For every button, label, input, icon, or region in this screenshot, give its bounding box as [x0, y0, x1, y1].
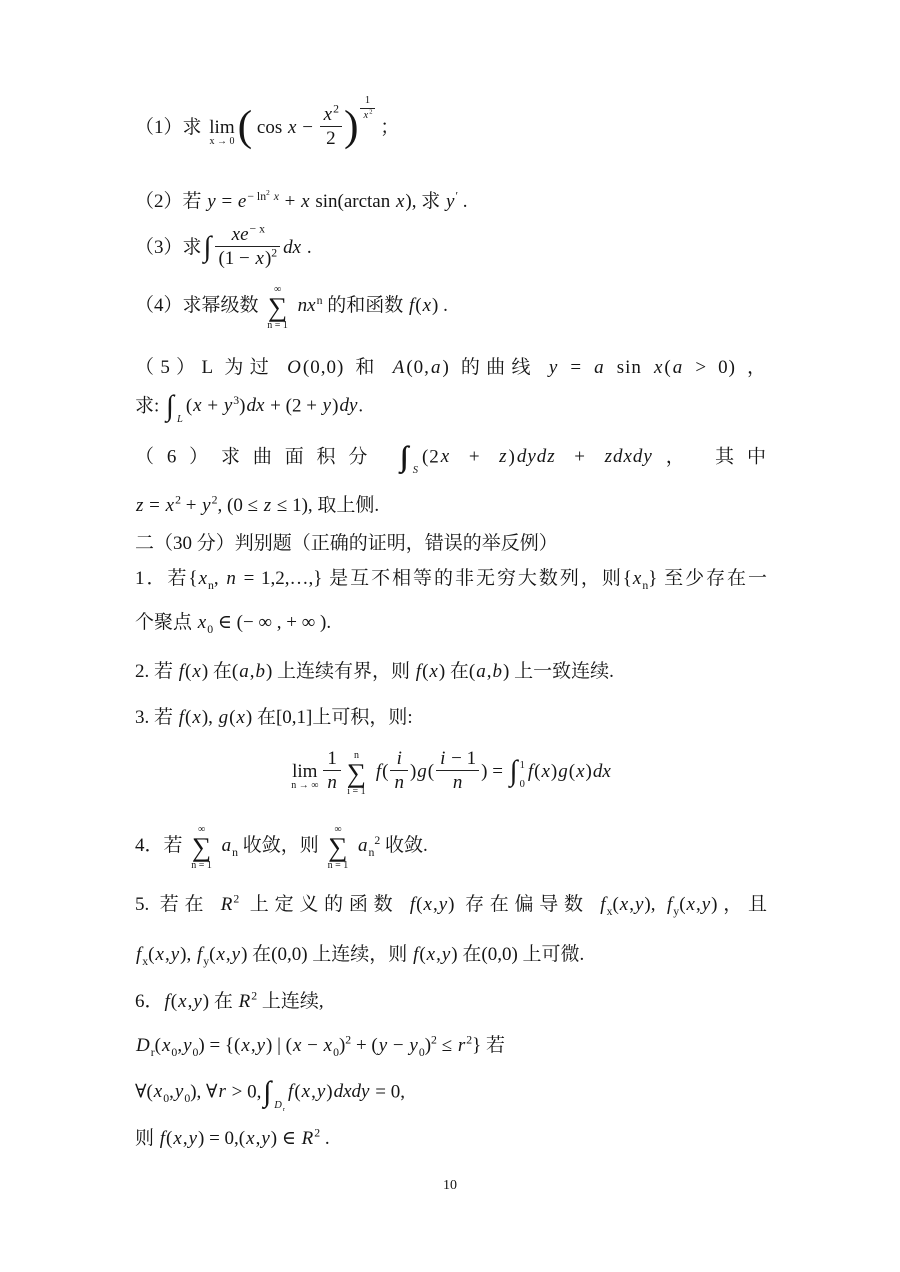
integral-lower-limit: S — [412, 466, 420, 477]
big-paren-icon: ) — [344, 102, 359, 150]
text-run: 个聚点 — [135, 612, 197, 633]
big-paren-icon: ( — [238, 102, 253, 150]
math-variable: O — [286, 357, 303, 378]
text-run: ( — [294, 1081, 300, 1102]
subscript: n — [368, 846, 374, 859]
sigma-symbol: ∑ — [192, 835, 211, 861]
math-variable: y — [223, 395, 233, 416]
text-run: ) = — [481, 761, 508, 782]
text-run: 二（30 分）判别题（正确的证明，错误的举反例） — [135, 533, 558, 554]
sigma-symbol: ∑ — [347, 761, 366, 787]
text-run: ( — [415, 295, 421, 316]
sum-lower-limit: i = 1 — [347, 787, 365, 797]
text-run: ∈ (− ∞ , + ∞ ). — [213, 612, 331, 633]
text-run: 上连续, — [257, 991, 324, 1012]
text-run: ) — [509, 446, 516, 467]
math-variable: z — [135, 495, 144, 516]
math-variable: a — [238, 661, 250, 682]
text-run: cos — [252, 117, 287, 138]
math-variable: xe — [231, 224, 250, 245]
superscript: − ln2 x — [247, 190, 280, 203]
text-run: ) | ( — [266, 1035, 292, 1056]
text-run: ) = {( — [198, 1035, 240, 1056]
text-run: , — [487, 661, 492, 682]
lim-word: lim — [292, 762, 317, 781]
math-variable: n — [326, 772, 338, 793]
math-variable: y — [322, 395, 332, 416]
math-variable: y — [438, 894, 448, 915]
math-variable: dxdy — [333, 1081, 371, 1102]
text-run: ) 在(0,0) 上可微. — [451, 944, 584, 965]
text-run: 2. 若 — [135, 661, 178, 682]
q2-item-4: 4．若 ∞∑n = 1 an 收敛，则 ∞∑n = 1 an2 收敛. — [135, 824, 767, 870]
text-run: ≤ 1), 取上侧. — [272, 495, 379, 516]
integral-symbol: ∫ — [401, 443, 410, 472]
q1-item-6a: （6）求曲面积分 ∫∫S(2x + z)dydz + zdxdy， 其中 — [135, 443, 767, 473]
q1-item-5a: （5）L 为过 O(0,0) 和 A(0,a) 的曲线 y = a sin x(… — [135, 356, 767, 381]
text-run: ), — [644, 894, 666, 915]
fraction-denominator: 2 — [320, 127, 342, 149]
superscript: 2 — [369, 109, 372, 116]
math-variable: g — [416, 761, 428, 782]
integral-symbol: ∫ — [510, 757, 518, 786]
fraction-numerator: 1 — [323, 748, 341, 771]
text-run: 上定义的函数 — [239, 894, 409, 915]
lim-under: n → ∞ — [291, 781, 318, 791]
math-variable: a — [593, 357, 606, 378]
math-variable: f — [164, 991, 171, 1012]
summation: ∞∑n = 1 — [328, 825, 349, 871]
integral: ∫L — [166, 391, 184, 421]
fraction-numerator: 1 — [360, 95, 376, 109]
text-run: ) . — [432, 295, 448, 316]
text-run: , — [183, 1128, 188, 1149]
text-run: − ln — [247, 190, 266, 203]
fraction-numerator: i — [390, 748, 408, 771]
text-run: （2）若 — [135, 191, 206, 212]
text-run: （4）求幂级数 — [135, 295, 263, 316]
text-run: (2 — [422, 446, 440, 467]
q2-item-3: 3. 若 f(x), g(x) 在[0,1]上可积，则: — [135, 706, 767, 731]
fraction-denominator: (1 − x)2 — [215, 247, 280, 269]
math-variable: f — [178, 661, 185, 682]
integral-symbol: ∫ — [263, 1078, 271, 1107]
math-variable: r — [457, 1035, 466, 1056]
text-run: 2 — [326, 128, 336, 149]
q2-item-3-formula: limn → ∞1nn∑i = 1 f(in)g(i − 1n) = ∫10f(… — [120, 750, 780, 796]
lim-under: x → 0 — [209, 137, 234, 147]
text-run: ( — [428, 761, 434, 782]
sigma-symbol: ∑ — [268, 295, 287, 321]
math-variable: x — [165, 495, 175, 516]
text-run: − — [388, 1035, 408, 1056]
text-run: , — [214, 568, 225, 589]
math-variable: x — [423, 894, 433, 915]
math-variable: n — [225, 568, 237, 589]
text-run: ) 存在偏导数 — [448, 894, 599, 915]
math-variable: y — [188, 1128, 198, 1149]
text-run: > 0) ， — [684, 357, 767, 378]
math-variable: R — [238, 991, 252, 1012]
math-variable: L — [176, 414, 184, 425]
text-run: + — [557, 446, 604, 467]
math-variable: x — [198, 568, 208, 589]
math-variable: dy — [338, 395, 358, 416]
q2-item-1a: 1．若{xn, n = 1,2,…,} 是互不相等的非无穷大数列，则{xn} 至… — [135, 567, 767, 592]
math-variable: y — [170, 944, 180, 965]
text-run: + (2 + — [265, 395, 321, 416]
math-variable: x — [428, 661, 438, 682]
text-run: ) 的曲线 — [442, 357, 547, 378]
text-run: > 0, — [227, 1081, 261, 1102]
math-variable: y — [441, 944, 451, 965]
fraction-numerator: xe− x — [215, 224, 280, 247]
math-variable: x — [686, 894, 696, 915]
math-variable: f — [599, 894, 606, 915]
text-run: = 1,2,…,} 是互不相等的非无穷大数列，则{ — [237, 568, 632, 589]
q1-item-1: （1）求 limx → 0( cos x − x22)1x2 ； — [135, 106, 767, 152]
text-run: − — [297, 117, 317, 138]
fraction-denominator: n — [390, 771, 408, 793]
text-run: ) ∈ — [271, 1128, 301, 1149]
exam-page: （1）求 limx → 0( cos x − x22)1x2 ；（2）若 y =… — [0, 0, 900, 1272]
text-run: ； — [375, 117, 399, 138]
page-number: 10 — [0, 1178, 900, 1194]
math-variable: x — [192, 395, 202, 416]
math-variable: f — [178, 707, 185, 728]
text-run: = 0, — [370, 1081, 404, 1102]
math-variable: D — [135, 1035, 151, 1056]
math-variable: y — [316, 1081, 326, 1102]
math-variable: x — [575, 761, 585, 782]
fraction: 1x2 — [360, 95, 376, 122]
text-run: ) — [326, 1081, 332, 1102]
text-run: 1 — [327, 748, 337, 769]
math-variable: x — [653, 357, 664, 378]
text-run: 收敛，则 — [238, 835, 324, 856]
math-variable: D — [273, 1100, 283, 1111]
text-run: (0,0) 和 — [303, 357, 392, 378]
text-run: + — [280, 191, 300, 212]
text-run: ), 求 — [405, 191, 445, 212]
q2-item-6c: ∀(x0,y0), ∀r > 0,∫∫Drf(x,y)dxdy = 0, — [135, 1078, 767, 1108]
text-run: 6． — [135, 991, 164, 1012]
text-run: （5）L 为过 — [135, 357, 286, 378]
math-variable: a — [475, 661, 487, 682]
text-run: . — [302, 237, 312, 258]
integral-limits: 10 — [520, 761, 525, 791]
math-variable: x — [215, 944, 225, 965]
math-variable: y — [192, 991, 202, 1012]
fraction-numerator: i − 1 — [436, 748, 479, 771]
math-variable: x — [287, 117, 297, 138]
integral: ∫∫S — [400, 442, 420, 472]
integral-lower-limit: L — [176, 415, 184, 426]
text-run: ) 在(0,0) 上连续，则 — [241, 944, 412, 965]
text-run: − 1 — [446, 748, 476, 769]
math-variable: x — [191, 707, 201, 728]
text-run: （3）求 — [135, 237, 202, 258]
text-run: , (0 ≤ — [218, 495, 263, 516]
math-variable: g — [557, 761, 569, 782]
math-variable: y — [634, 894, 644, 915]
math-variable: A — [392, 357, 407, 378]
math-variable: b — [254, 661, 266, 682]
text-run: sin(arctan — [311, 191, 395, 212]
fraction: x22 — [320, 104, 342, 150]
integral-limits: Dr — [273, 1081, 285, 1111]
math-variable: f — [415, 661, 422, 682]
text-run: ) 上一致连续. — [503, 661, 614, 682]
text-run: } 若 — [472, 1035, 505, 1056]
text-run: ∀( — [135, 1081, 153, 1102]
text-run: . — [320, 1128, 330, 1149]
integral-lower-limit: Dr — [273, 1101, 285, 1112]
math-variable: x — [426, 944, 436, 965]
math-variable: y — [260, 1128, 270, 1149]
text-run: 的和函数 — [322, 295, 408, 316]
text-run: , — [165, 944, 170, 965]
text-run: （1）求 — [135, 117, 206, 138]
text-run: ( — [612, 894, 618, 915]
math-variable: y — [548, 357, 559, 378]
integral-limits: L — [176, 395, 184, 425]
fraction-denominator: x2 — [360, 109, 376, 122]
fraction: xe− x(1 − x)2 — [215, 224, 280, 270]
q2-item-6d: 则 f(x,y) = 0,(x,y) ∈ R2 . — [135, 1127, 767, 1152]
limit: limx → 0 — [209, 118, 234, 147]
text-run: = — [559, 357, 593, 378]
math-variable: y — [701, 894, 711, 915]
text-run: ) 在[0,1]上可积，则: — [246, 707, 413, 728]
text-run: )，且 — [711, 894, 767, 915]
math-variable: n — [393, 772, 405, 793]
math-variable: b — [492, 661, 504, 682]
text-run: 5. 若在 — [135, 894, 220, 915]
math-variable: a — [672, 357, 685, 378]
fraction: i − 1n — [436, 748, 479, 794]
text-run: + — [451, 446, 498, 467]
math-variable: a — [352, 835, 368, 856]
math-variable: y — [182, 1035, 192, 1056]
math-variable: x — [540, 761, 550, 782]
fraction: 1n — [323, 748, 341, 794]
math-variable: x — [422, 295, 432, 316]
text-run: + — [181, 495, 201, 516]
text-run: (0, — [406, 357, 430, 378]
summation: ∞∑n = 1 — [267, 285, 288, 331]
q2-item-1b: 个聚点 x0 ∈ (− ∞ , + ∞ ). — [135, 611, 767, 636]
limit: limn → ∞ — [291, 762, 318, 791]
math-variable: z — [263, 495, 272, 516]
math-variable: f — [370, 761, 382, 782]
math-variable: e — [237, 191, 247, 212]
integral: ∫∫Dr — [263, 1077, 285, 1107]
fraction-numerator: x2 — [320, 104, 342, 127]
math-variable: x — [153, 1081, 163, 1102]
math-variable: x — [161, 1035, 171, 1056]
text-run: = — [144, 495, 164, 516]
text-run: ( — [382, 761, 388, 782]
text-run: 1 — [365, 95, 370, 106]
superscript: − x — [250, 223, 265, 236]
math-variable: y — [408, 1035, 418, 1056]
text-run: ), — [180, 944, 196, 965]
text-run: ， 其中 — [654, 446, 767, 467]
text-run: ) 在 — [203, 991, 238, 1012]
math-variable: x — [197, 612, 207, 633]
text-run: 1．若{ — [135, 568, 198, 589]
text-run: + — [203, 395, 223, 416]
text-run: , — [226, 944, 231, 965]
exponent-fraction: 1x2 — [360, 95, 376, 122]
integral-upper-limit: 1 — [520, 761, 525, 772]
math-variable: x — [177, 991, 187, 1012]
math-variable: n — [452, 772, 464, 793]
math-variable: g — [218, 707, 230, 728]
fraction: in — [390, 748, 408, 794]
math-variable: zdxdy — [604, 446, 654, 467]
sum-lower-limit: n = 1 — [191, 861, 212, 871]
math-variable: dx — [592, 761, 612, 782]
text-run: ) = 0,( — [198, 1128, 245, 1149]
math-variable: dx — [282, 237, 302, 258]
math-variable: R — [220, 894, 234, 915]
q1-item-3: （3）求∫xe− x(1 − x)2dx . — [135, 226, 767, 272]
integral: ∫ — [204, 233, 212, 262]
math-variable: x — [245, 1128, 255, 1149]
text-run: ) 上连续有界，则 — [266, 661, 415, 682]
math-variable: y — [378, 1035, 388, 1056]
text-run: } 至少存在一 — [648, 568, 767, 589]
fraction-denominator: n — [323, 771, 341, 793]
integral: ∫10 — [510, 757, 525, 787]
math-variable: x — [395, 191, 405, 212]
math-variable: x — [235, 707, 245, 728]
text-run: ) — [586, 761, 592, 782]
math-variable: x — [440, 446, 451, 467]
text-run: ) 在( — [202, 661, 238, 682]
math-variable: x — [619, 894, 629, 915]
text-run: 收敛. — [380, 835, 428, 856]
math-variable: x — [270, 190, 280, 203]
math-variable: y — [201, 495, 211, 516]
math-variable: x — [255, 248, 265, 269]
math-variable: y — [231, 944, 241, 965]
math-variable: a — [216, 835, 232, 856]
text-run: (1 − — [218, 248, 254, 269]
q1-item-5b: 求: ∫L(x + y3)dx + (2 + y)dy. — [135, 392, 767, 422]
q1-item-6b: z = x2 + y2, (0 ≤ z ≤ 1), 取上侧. — [135, 494, 767, 519]
text-run: = — [217, 191, 237, 212]
math-variable: x — [292, 1035, 302, 1056]
q2-item-6b: Dr(x0,y0) = {(x,y) | (x − x0)2 + (y − y0… — [135, 1034, 767, 1059]
integral-symbol: ∫ — [204, 233, 212, 262]
text-run: ( — [416, 894, 422, 915]
q2-item-2: 2. 若 f(x) 在(a,b) 上连续有界，则 f(x) 在(a,b) 上一致… — [135, 660, 767, 685]
math-variable: dydz — [516, 446, 557, 467]
q1-item-2: （2）若 y = e− ln2 x + x sin(arctan x), 求 y… — [135, 190, 767, 215]
text-run: ≤ — [437, 1035, 457, 1056]
text-run: sin — [606, 357, 653, 378]
text-run: ( — [679, 894, 685, 915]
text-run: ), — [202, 707, 218, 728]
text-run: 4．若 — [135, 835, 187, 856]
math-variable: x — [300, 191, 310, 212]
q1-item-4: （4）求幂级数 ∞∑n = 1 nxn 的和函数 f(x) . — [135, 284, 767, 330]
math-variable: y — [206, 191, 216, 212]
integral-symbol: ∫ — [166, 392, 174, 421]
text-run: , — [696, 894, 701, 915]
math-variable: x — [172, 1128, 182, 1149]
sum-lower-limit: n = 1 — [267, 321, 288, 331]
q2-item-6a: 6．f(x,y) 在 R2 上连续, — [135, 990, 767, 1015]
fraction-denominator: n — [436, 771, 479, 793]
integral-lower-limit: 0 — [520, 780, 525, 791]
text-run: − — [302, 1035, 322, 1056]
text-run: . — [358, 395, 363, 416]
sum-lower-limit: n = 1 — [328, 861, 349, 871]
superscript: 2 — [271, 247, 277, 260]
math-variable: x — [301, 1081, 311, 1102]
math-variable: dx — [245, 395, 265, 416]
integral-limits: S — [412, 446, 420, 476]
text-run: ) 在( — [439, 661, 475, 682]
math-variable: y — [445, 191, 455, 212]
math-variable: x — [632, 568, 642, 589]
math-variable: y — [174, 1081, 184, 1102]
math-variable: z — [498, 446, 508, 467]
q2-item-5a: 5. 若在 R2 上定义的函数 f(x,y) 存在偏导数 fx(x,y), fy… — [135, 893, 767, 918]
text-run: 则 — [135, 1128, 159, 1149]
text-run: 3. 若 — [135, 707, 178, 728]
text-run: . — [458, 191, 468, 212]
q2-item-5b: fx(x,y), fy(x,y) 在(0,0) 上连续，则 f(x,y) 在(0… — [135, 943, 767, 968]
section-2-header: 二（30 分）判别题（正确的证明，错误的举反例） — [135, 532, 767, 557]
math-variable: x — [323, 104, 333, 125]
text-run: ), ∀ — [190, 1081, 217, 1102]
math-variable: f — [159, 1128, 166, 1149]
math-variable: x — [323, 1035, 333, 1056]
text-run: ( — [664, 357, 671, 378]
text-run: ( — [148, 944, 154, 965]
lim-word: lim — [209, 118, 234, 137]
math-variable: S — [412, 465, 420, 476]
subscript: r — [283, 1106, 285, 1113]
text-run: 求: — [135, 395, 164, 416]
math-variable: x — [155, 944, 165, 965]
text-run: （6）求曲面积分 — [135, 446, 398, 467]
math-variable: i — [396, 748, 403, 769]
superscript: 2 — [333, 103, 339, 116]
summation: ∞∑n = 1 — [191, 825, 212, 871]
summation: n∑i = 1 — [347, 751, 366, 797]
math-variable: x — [240, 1035, 250, 1056]
math-variable: nx — [292, 295, 317, 316]
math-variable: a — [430, 357, 443, 378]
math-variable: R — [301, 1128, 315, 1149]
sigma-symbol: ∑ — [328, 835, 347, 861]
text-run: ( — [419, 944, 425, 965]
math-variable: x — [191, 661, 201, 682]
math-variable: y — [256, 1035, 266, 1056]
math-variable: r — [218, 1081, 227, 1102]
text-run: , — [251, 1035, 256, 1056]
text-run: + ( — [351, 1035, 378, 1056]
text-run: , — [433, 894, 438, 915]
